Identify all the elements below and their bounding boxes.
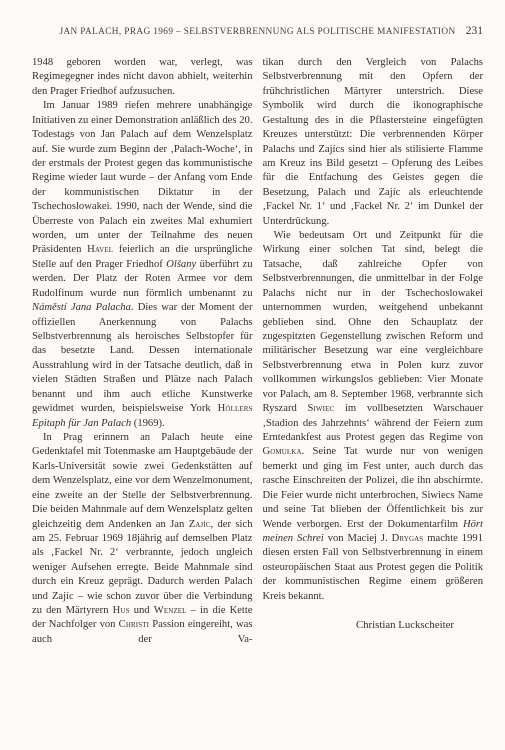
paragraph: In Prag erinnern an Palach heute eine Ge… — [32, 431, 253, 647]
italic-work-title: Epitaph für Jan Palach — [32, 418, 131, 429]
smallcaps-name-siwiec: Siwiec — [308, 403, 335, 414]
left-column: 1948 geboren worden war, verlegt, was Re… — [32, 56, 253, 706]
paragraph: Wie bedeutsam Ort und Zeitpunkt für die … — [263, 229, 484, 604]
text-run: , der sich am 25. Februar 1969 18jährig … — [32, 519, 253, 617]
paragraph-continuation: 1948 geboren worden war, verlegt, was Re… — [32, 56, 253, 99]
smallcaps-name-christi: Christi — [119, 619, 149, 630]
smallcaps-name-gomulka: Gomułka — [263, 446, 302, 457]
page-number: 231 — [466, 25, 483, 37]
smallcaps-name-hus: Hus — [113, 605, 130, 616]
paragraph-continuation: tikan durch den Vergleich von Palachs Se… — [263, 56, 484, 229]
text-run: . Seine Tat wurde nur von wenigen bemerk… — [263, 446, 484, 529]
right-column: tikan durch den Vergleich von Palachs Se… — [263, 56, 484, 706]
text-run: . Dies war der Moment der offiziellen An… — [32, 302, 253, 414]
smallcaps-name-hoellers: Höllers — [218, 403, 253, 414]
text-run: tikan durch den Vergleich von Palachs Se… — [263, 57, 484, 227]
text-run: (1969). — [131, 418, 165, 429]
running-head-title: JAN PALACH, PRAG 1969 – SELBSTVERBRENNUN… — [32, 27, 483, 37]
text-run: Im Januar 1989 riefen mehrere unabhängig… — [32, 100, 253, 255]
text-run: 1948 geboren worden war, verlegt, was Re… — [32, 57, 253, 97]
running-head: JAN PALACH, PRAG 1969 – SELBSTVERBRENNUN… — [32, 25, 483, 39]
italic-place-olsany: Olšany — [166, 259, 196, 270]
smallcaps-name-zajic: Zajíc — [189, 519, 211, 530]
smallcaps-name-havel: Havel — [87, 244, 113, 255]
text-run: und — [130, 605, 154, 616]
italic-place-namesti: Náměstí Jana Palacha — [32, 302, 131, 313]
book-page: JAN PALACH, PRAG 1969 – SELBSTVERBRENNUN… — [0, 0, 505, 750]
text-run: In Prag erinnern an Palach heute eine Ge… — [32, 432, 253, 530]
text-run: Wie bedeutsam Ort und Zeitpunkt für die … — [263, 230, 484, 414]
text-run: von Maciej J. — [324, 533, 392, 544]
smallcaps-name-wenzel: Wenzel — [154, 605, 187, 616]
author-signature: Christian Luckscheiter — [263, 618, 484, 632]
smallcaps-name-drygas: Drygas — [392, 533, 424, 544]
paragraph: Im Januar 1989 riefen mehrere unabhängig… — [32, 99, 253, 431]
text-columns: 1948 geboren worden war, verlegt, was Re… — [32, 56, 483, 706]
